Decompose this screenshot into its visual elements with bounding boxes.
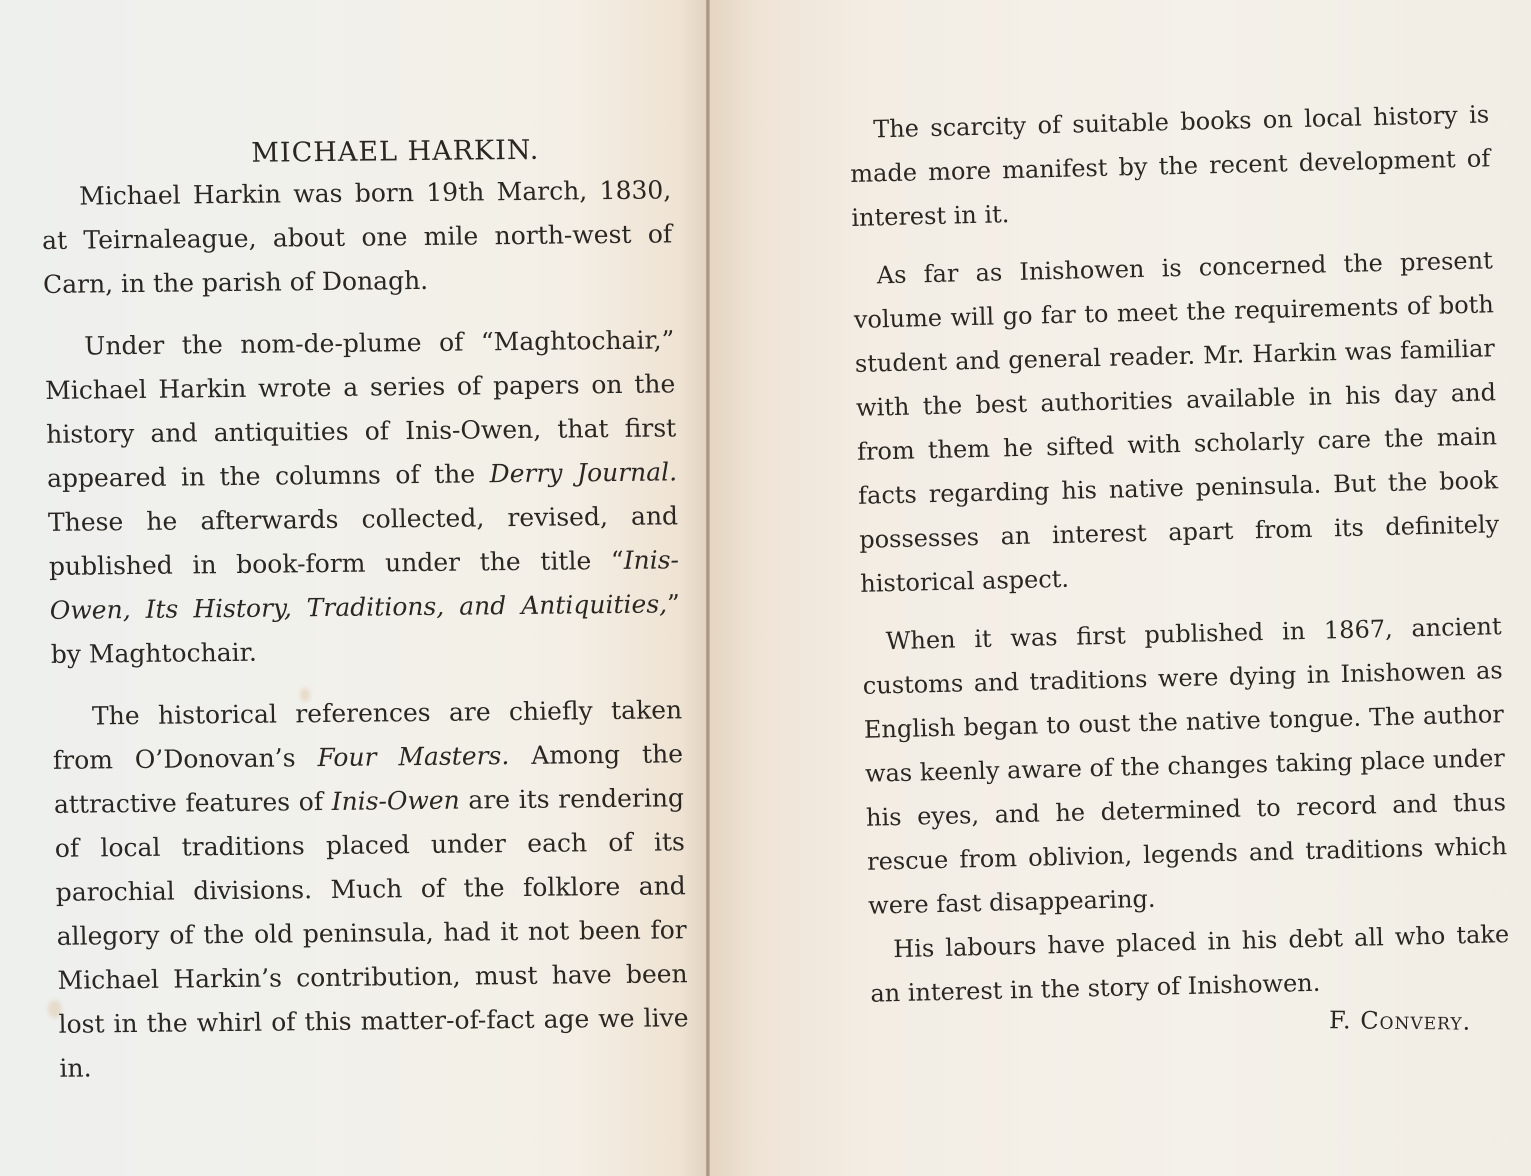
left-page: MICHAEL HARKIN. Michael Harkin was born … xyxy=(0,0,708,1176)
paragraph-labours: His labours have placed in his debt all … xyxy=(869,912,1511,1016)
paragraph-inishowen-volume: As far as Inishowen is concerned the pre… xyxy=(852,238,1500,606)
page-title: MICHAEL HARKIN. xyxy=(120,133,671,170)
text-segment: are its rendering of local traditions pl… xyxy=(55,783,689,1083)
paragraph-scarcity: The scarcity of suitable books on local … xyxy=(849,92,1492,240)
left-page-text: MICHAEL HARKIN. Michael Harkin was born … xyxy=(40,133,690,1108)
paragraph-historical-references: The historical references are chiefly ta… xyxy=(52,688,690,1091)
book-gutter xyxy=(706,0,710,1176)
italic-derry-journal: Derry Journal. xyxy=(489,457,677,488)
author-signature: F. Convery. xyxy=(871,1001,1511,1036)
paragraph-nom-de-plume: Under the nom-de-plume of “Maghtochair,”… xyxy=(44,318,681,677)
italic-four-masters: Four Masters. xyxy=(317,741,510,772)
book-spread: MICHAEL HARKIN. Michael Harkin was born … xyxy=(0,0,1531,1176)
paragraph-birth: Michael Harkin was born 19th March, 1830… xyxy=(41,168,674,307)
paragraph-first-published: When it was first published in 1867, anc… xyxy=(861,604,1508,928)
right-page-text: The scarcity of suitable books on local … xyxy=(848,62,1512,1051)
italic-inis-owen: Inis-Owen xyxy=(331,786,460,816)
text-segment: These he afterwards collected, revised, … xyxy=(48,501,679,581)
